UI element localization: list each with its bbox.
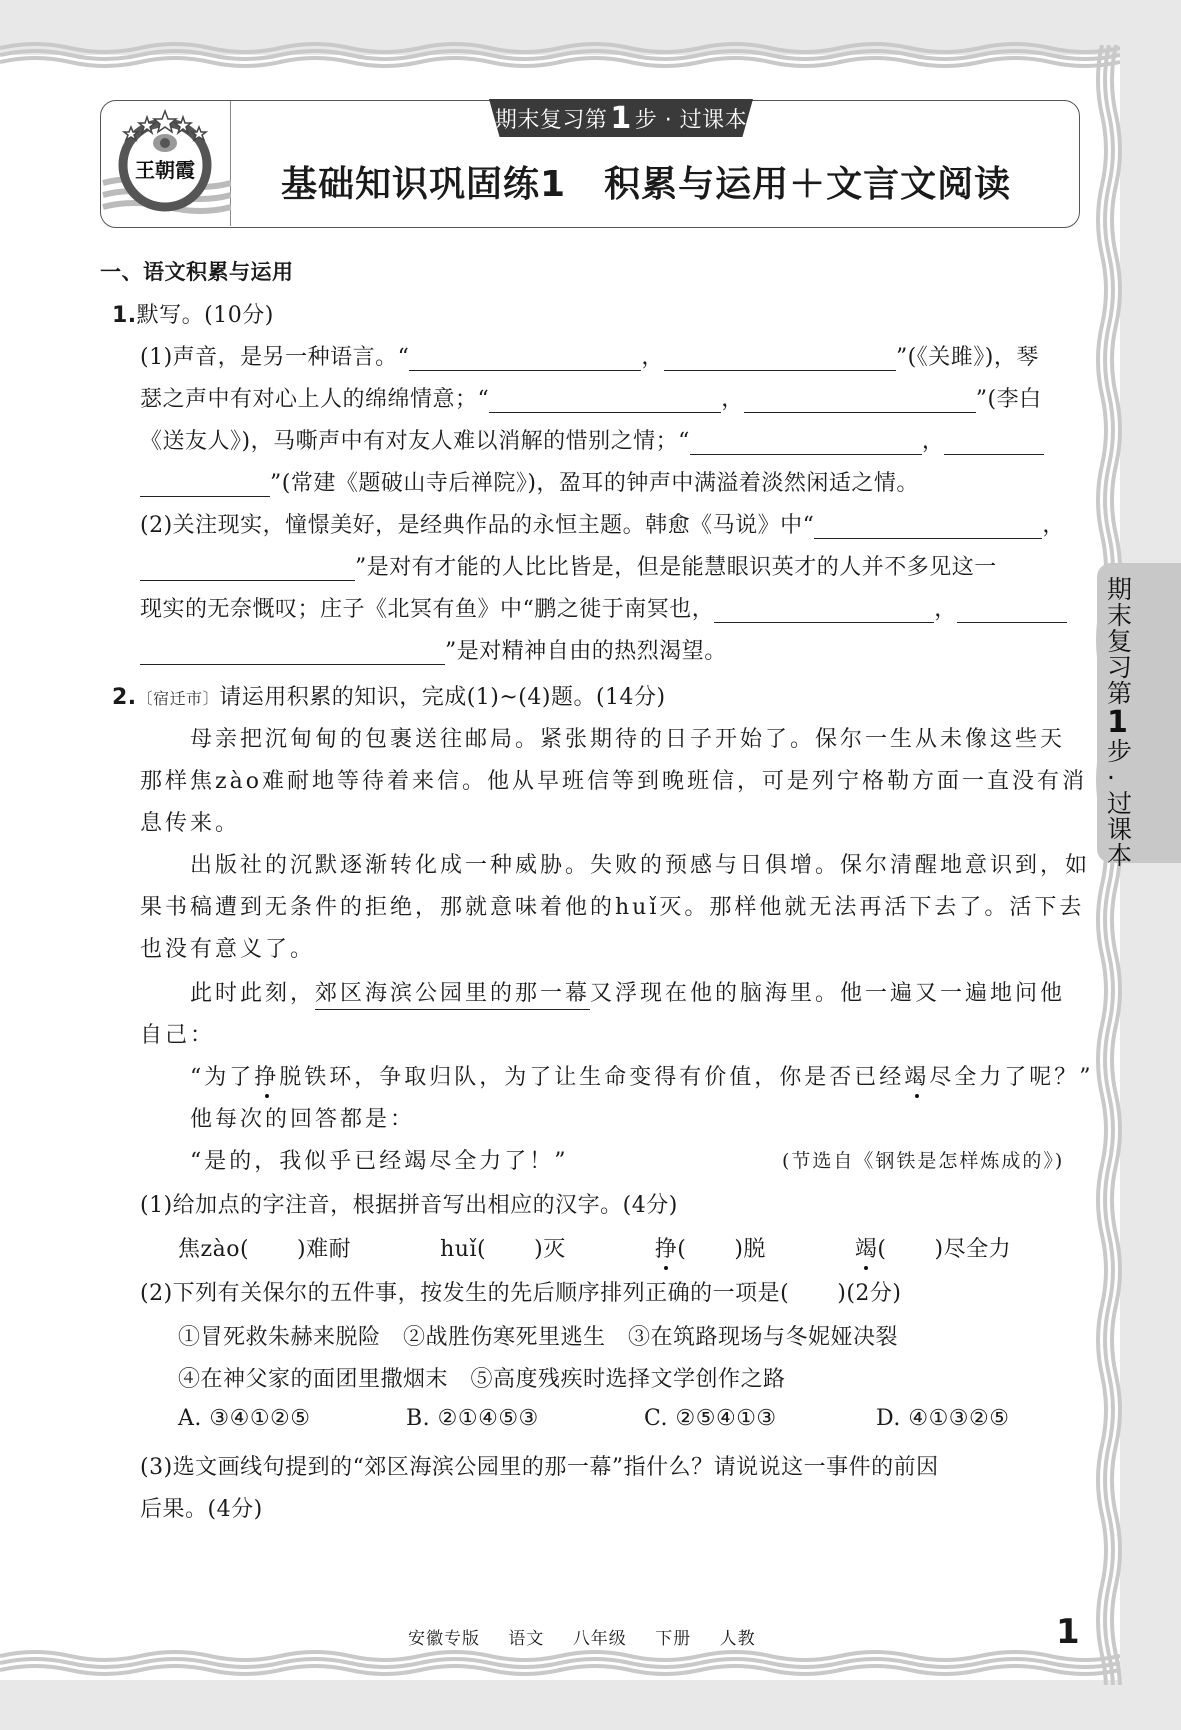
region-tag: 〔宿迁市〕 [137,689,220,708]
text: (1)声音，是另一种语言。“ [140,345,409,370]
text: 瑟之声中有对心上人的绵绵情意；“ [140,387,489,412]
page-number: 1 [1056,1612,1080,1652]
answer-blank[interactable] [714,601,934,623]
dotted-character: 竭 [855,1237,878,1262]
title-part-2: 积累与运用＋文言文阅读 [604,156,1011,207]
text: (2)下列有关保尔的五件事，按发生的先后顺序排列正确的一项是( [140,1281,789,1306]
text: ”是对精神自由的热烈渴望。 [445,639,727,664]
side-tab-char: 复 [1107,629,1132,655]
passage-line: “为了挣脱铁环，争取归队，为了让生命变得有价值，你是否已经竭尽全力了呢？” [190,1060,1094,1091]
text: 此时此刻， [190,981,315,1006]
underlined-sentence: 郊区海滨公园里的那一幕 [315,981,590,1010]
events-list: ①冒死救朱赫来脱险 ②战胜伤寒死里逃生 ③在筑路现场与冬妮娅决裂 [178,1320,898,1351]
passage-source: (节选自《钢铁是怎样炼成的》) [782,1146,1064,1173]
answer-blank[interactable] [140,643,445,665]
side-tab-char: 第 [1107,681,1132,707]
svg-text:王朝霞: 王朝霞 [135,158,195,182]
text: ”(《关雎》)，琴 [896,345,1039,370]
text: “为了 [190,1065,254,1090]
passage-line: 息传来。 [140,806,240,837]
passage-line: 自己： [140,1018,215,1049]
q1-part2-line2: ”是对有才能的人比比皆是，但是能慧眼识英才的人并不多见这一 [140,550,997,581]
footer-info: 安徽专版 语文 八年级 下册 人教 [408,1624,778,1649]
footer-grade: 八年级 [573,1629,627,1649]
question-text: 请运用积累的知识，完成(1)~(4)题。(14分) [219,685,665,710]
passage-line: “是的，我似乎已经竭尽全力了！” [190,1144,569,1175]
section-heading: 一、语文积累与运用 [100,256,294,286]
dotted-character: 挣 [655,1237,678,1262]
side-chapter-tab: 期 末 复 习 第 1 步 · 过 课 本 [1097,563,1181,863]
text: ”(李白 [976,387,1042,412]
passage-line: 那样焦zào难耐地等待着来信。他从早班信等到晚班信，可是列宁格勒方面一直没有消 [140,764,1087,795]
side-tab-char: 过 [1107,791,1132,817]
answer-blank[interactable] [814,517,1042,539]
answer-blank[interactable] [664,349,896,371]
publisher-logo: 王朝霞 [101,101,231,226]
side-tab-char: · [1107,765,1115,791]
footer-subject: 语文 [508,1629,544,1649]
option-d[interactable]: D. ④①③②⑤ [876,1406,1009,1431]
question-2-stem: 2.〔宿迁市〕请运用积累的知识，完成(1)~(4)题。(14分) [112,680,666,711]
text: )难耐 [297,1237,351,1262]
side-tab-char: 步 [1107,739,1132,765]
answer-blank[interactable] [690,433,922,455]
text: 脱铁环，争取归队，为了让生命变得有价值，你是否已经 [279,1065,904,1090]
text: )灭 [534,1237,566,1262]
wavy-border-top [0,40,1120,68]
passage-line: 母亲把沉甸甸的包裹送往邮局。紧张期待的日子开始了。保尔一生从未像这些天 [190,722,1065,753]
text: huǐ( [440,1237,486,1262]
answer-blank[interactable] [489,391,721,413]
side-tab-char: 习 [1107,655,1132,681]
text: 焦zào( [178,1237,249,1262]
footer-edition: 安徽专版 [408,1629,480,1649]
q1-part2-line3: 现实的无奈慨叹；庄子《北冥有鱼》中“鹏之徙于南冥也，， [140,592,1067,623]
question-text: 默写。(10分) [137,303,274,328]
wavy-border-bottom [0,1650,1120,1678]
step-tab-prefix: 期末复习第 [495,103,608,134]
subquestion-2-stem: (2)下列有关保尔的五件事，按发生的先后顺序排列正确的一项是()(2分) [140,1276,902,1307]
logo-emblem-icon: 王朝霞 [101,101,231,226]
question-number: 2. [112,685,137,710]
option-b[interactable]: B. ②①④⑤③ [406,1406,644,1431]
side-tab-char: 本 [1107,843,1132,869]
question-number: 1. [112,303,137,328]
answer-blank[interactable] [744,391,976,413]
answer-blank[interactable] [140,475,270,497]
choice-options: A. ③④①②⑤B. ②①④⑤③C. ②⑤④①③D. ④①③②⑤ [178,1406,1009,1431]
text: )脱 [734,1237,766,1262]
subquestion-1-stem: (1)给加点的字注音，根据拼音写出相应的汉字。(4分) [140,1188,678,1219]
subquestion-1-items: 焦zào()难耐 huǐ()灭 挣()脱 竭()尽全力 [178,1232,1011,1263]
text: )(2分) [837,1281,901,1306]
q1-part1-line2: 瑟之声中有对心上人的绵绵情意；“，”(李白 [140,382,1042,413]
text: 又浮现在他的脑海里。他一遍又一遍地问他 [590,981,1065,1006]
title-part-1: 基础知识巩固练1 [281,156,566,207]
subquestion-3-stem: 后果。(4分) [140,1492,263,1523]
option-c[interactable]: C. ②⑤④①③ [644,1406,876,1431]
passage-line: 他每次的回答都是： [190,1102,415,1133]
subquestion-3-stem: (3)选文画线句提到的“郊区海滨公园里的那一幕”指什么？请说说这一事件的前因 [140,1450,939,1481]
text: 尽全力了呢？” [929,1065,1093,1090]
text: ( [877,1237,886,1262]
text: (2)关注现实，憧憬美好，是经典作品的永恒主题。韩愈《马说》中“ [140,513,814,538]
events-list: ④在神父家的面团里撒烟末 ⑤高度残疾时选择文学创作之路 [178,1362,786,1393]
text: ”是对有才能的人比比皆是，但是能慧眼识英才的人并不多见这一 [355,555,997,580]
passage-line: 果书稿遭到无条件的拒绝，那就意味着他的huǐ灭。那样他就无法再活下去了。活下去 [140,890,1084,921]
footer-publisher: 人教 [720,1629,756,1649]
passage-line: 也没有意义了。 [140,932,315,963]
text: ， [934,597,957,622]
review-step-tab: 期末复习第 1 步 · 过课本 [489,99,753,137]
side-tab-char: 1 [1107,707,1128,739]
text: 《送友人》)，马嘶声中有对友人难以消解的惜别之情；“ [140,429,690,454]
footer-volume: 下册 [655,1629,691,1649]
step-tab-number: 1 [610,101,631,136]
option-a[interactable]: A. ③④①②⑤ [178,1406,406,1431]
side-tab-char: 期 [1107,577,1132,603]
header-box: 王朝霞 期末复习第 1 步 · 过课本 基础知识巩固练1 积累与运用＋文言文阅读 [100,100,1080,228]
text: ， [641,345,664,370]
text: ， [1042,513,1065,538]
answer-blank[interactable] [957,601,1067,623]
question-1-stem: 1.默写。(10分) [112,298,274,329]
q1-part1-line4: ”(常建《题破山寺后禅院》)，盈耳的钟声中满溢着淡然闲适之情。 [140,466,919,497]
side-tab-char: 课 [1107,817,1132,843]
text: ， [721,387,744,412]
text: 现实的无奈慨叹；庄子《北冥有鱼》中“鹏之徙于南冥也， [140,597,714,622]
side-tab-char: 末 [1107,603,1132,629]
answer-blank[interactable] [944,433,1044,455]
q1-part2-line1: (2)关注现实，憧憬美好，是经典作品的永恒主题。韩愈《马说》中“， [140,508,1065,539]
text: ”(常建《题破山寺后禅院》)，盈耳的钟声中满溢着淡然闲适之情。 [270,471,919,496]
page-title: 基础知识巩固练1 积累与运用＋文言文阅读 [281,151,1061,211]
text: )尽全力 [935,1237,1012,1262]
passage-line: 出版社的沉默逐渐转化成一种威胁。失败的预感与日俱增。保尔清醒地意识到，如 [190,848,1090,879]
dotted-character: 挣 [254,1065,279,1090]
answer-blank[interactable] [140,559,355,581]
dotted-character: 竭 [904,1065,929,1090]
q1-part1-line1: (1)声音，是另一种语言。“，”(《关雎》)，琴 [140,340,1039,371]
q1-part2-line4: ”是对精神自由的热烈渴望。 [140,634,727,665]
step-tab-suffix: 步 · 过课本 [635,103,747,134]
text: ( [677,1237,686,1262]
text: ， [922,429,945,454]
q1-part1-line3: 《送友人》)，马嘶声中有对友人难以消解的惜别之情；“， [140,424,1044,455]
passage-line: 此时此刻，郊区海滨公园里的那一幕又浮现在他的脑海里。他一遍又一遍地问他 [190,976,1065,1007]
answer-blank[interactable] [409,349,641,371]
